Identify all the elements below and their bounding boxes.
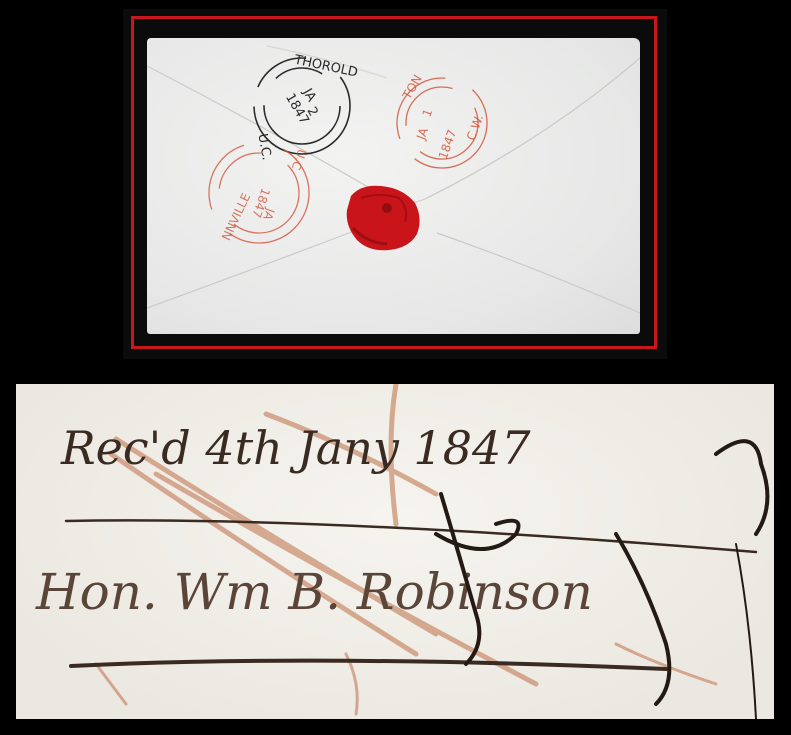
docket-detail: Rec'd 4th Jany 1847 Hon. Wm B. Robinson: [16, 384, 774, 719]
svg-text:JA: JA: [414, 125, 432, 142]
postmark-red-right-text: TON JA 1 1847 C.W.: [399, 72, 486, 161]
docket-illustration: Rec'd 4th Jany 1847 Hon. Wm B. Robinson: [16, 384, 774, 719]
svg-text:U.C.: U.C.: [254, 132, 273, 161]
svg-text:1: 1: [420, 107, 436, 119]
svg-text:TON: TON: [399, 72, 425, 102]
svg-text:THOROLD: THOROLD: [292, 52, 359, 80]
envelope-back: THOROLD JA 2 1847 U.C. TON JA 1 1847 C.W…: [147, 38, 640, 334]
docket-line-2: Hon. Wm B. Robinson: [35, 563, 593, 621]
wax-seal: [347, 186, 420, 251]
svg-text:U.C.: U.C.: [287, 147, 309, 175]
svg-text:NNVILLE: NNVILLE: [219, 191, 253, 243]
docket-line-1: Rec'd 4th Jany 1847: [60, 421, 531, 475]
postmark-thorold-text: THOROLD JA 2 1847 U.C.: [254, 52, 359, 161]
postmark-red-left-text: NNVILLE 1847 JA U.C.: [219, 147, 309, 243]
envelope-illustration: THOROLD JA 2 1847 U.C. TON JA 1 1847 C.W…: [147, 38, 640, 334]
svg-text:C.W.: C.W.: [464, 113, 486, 143]
